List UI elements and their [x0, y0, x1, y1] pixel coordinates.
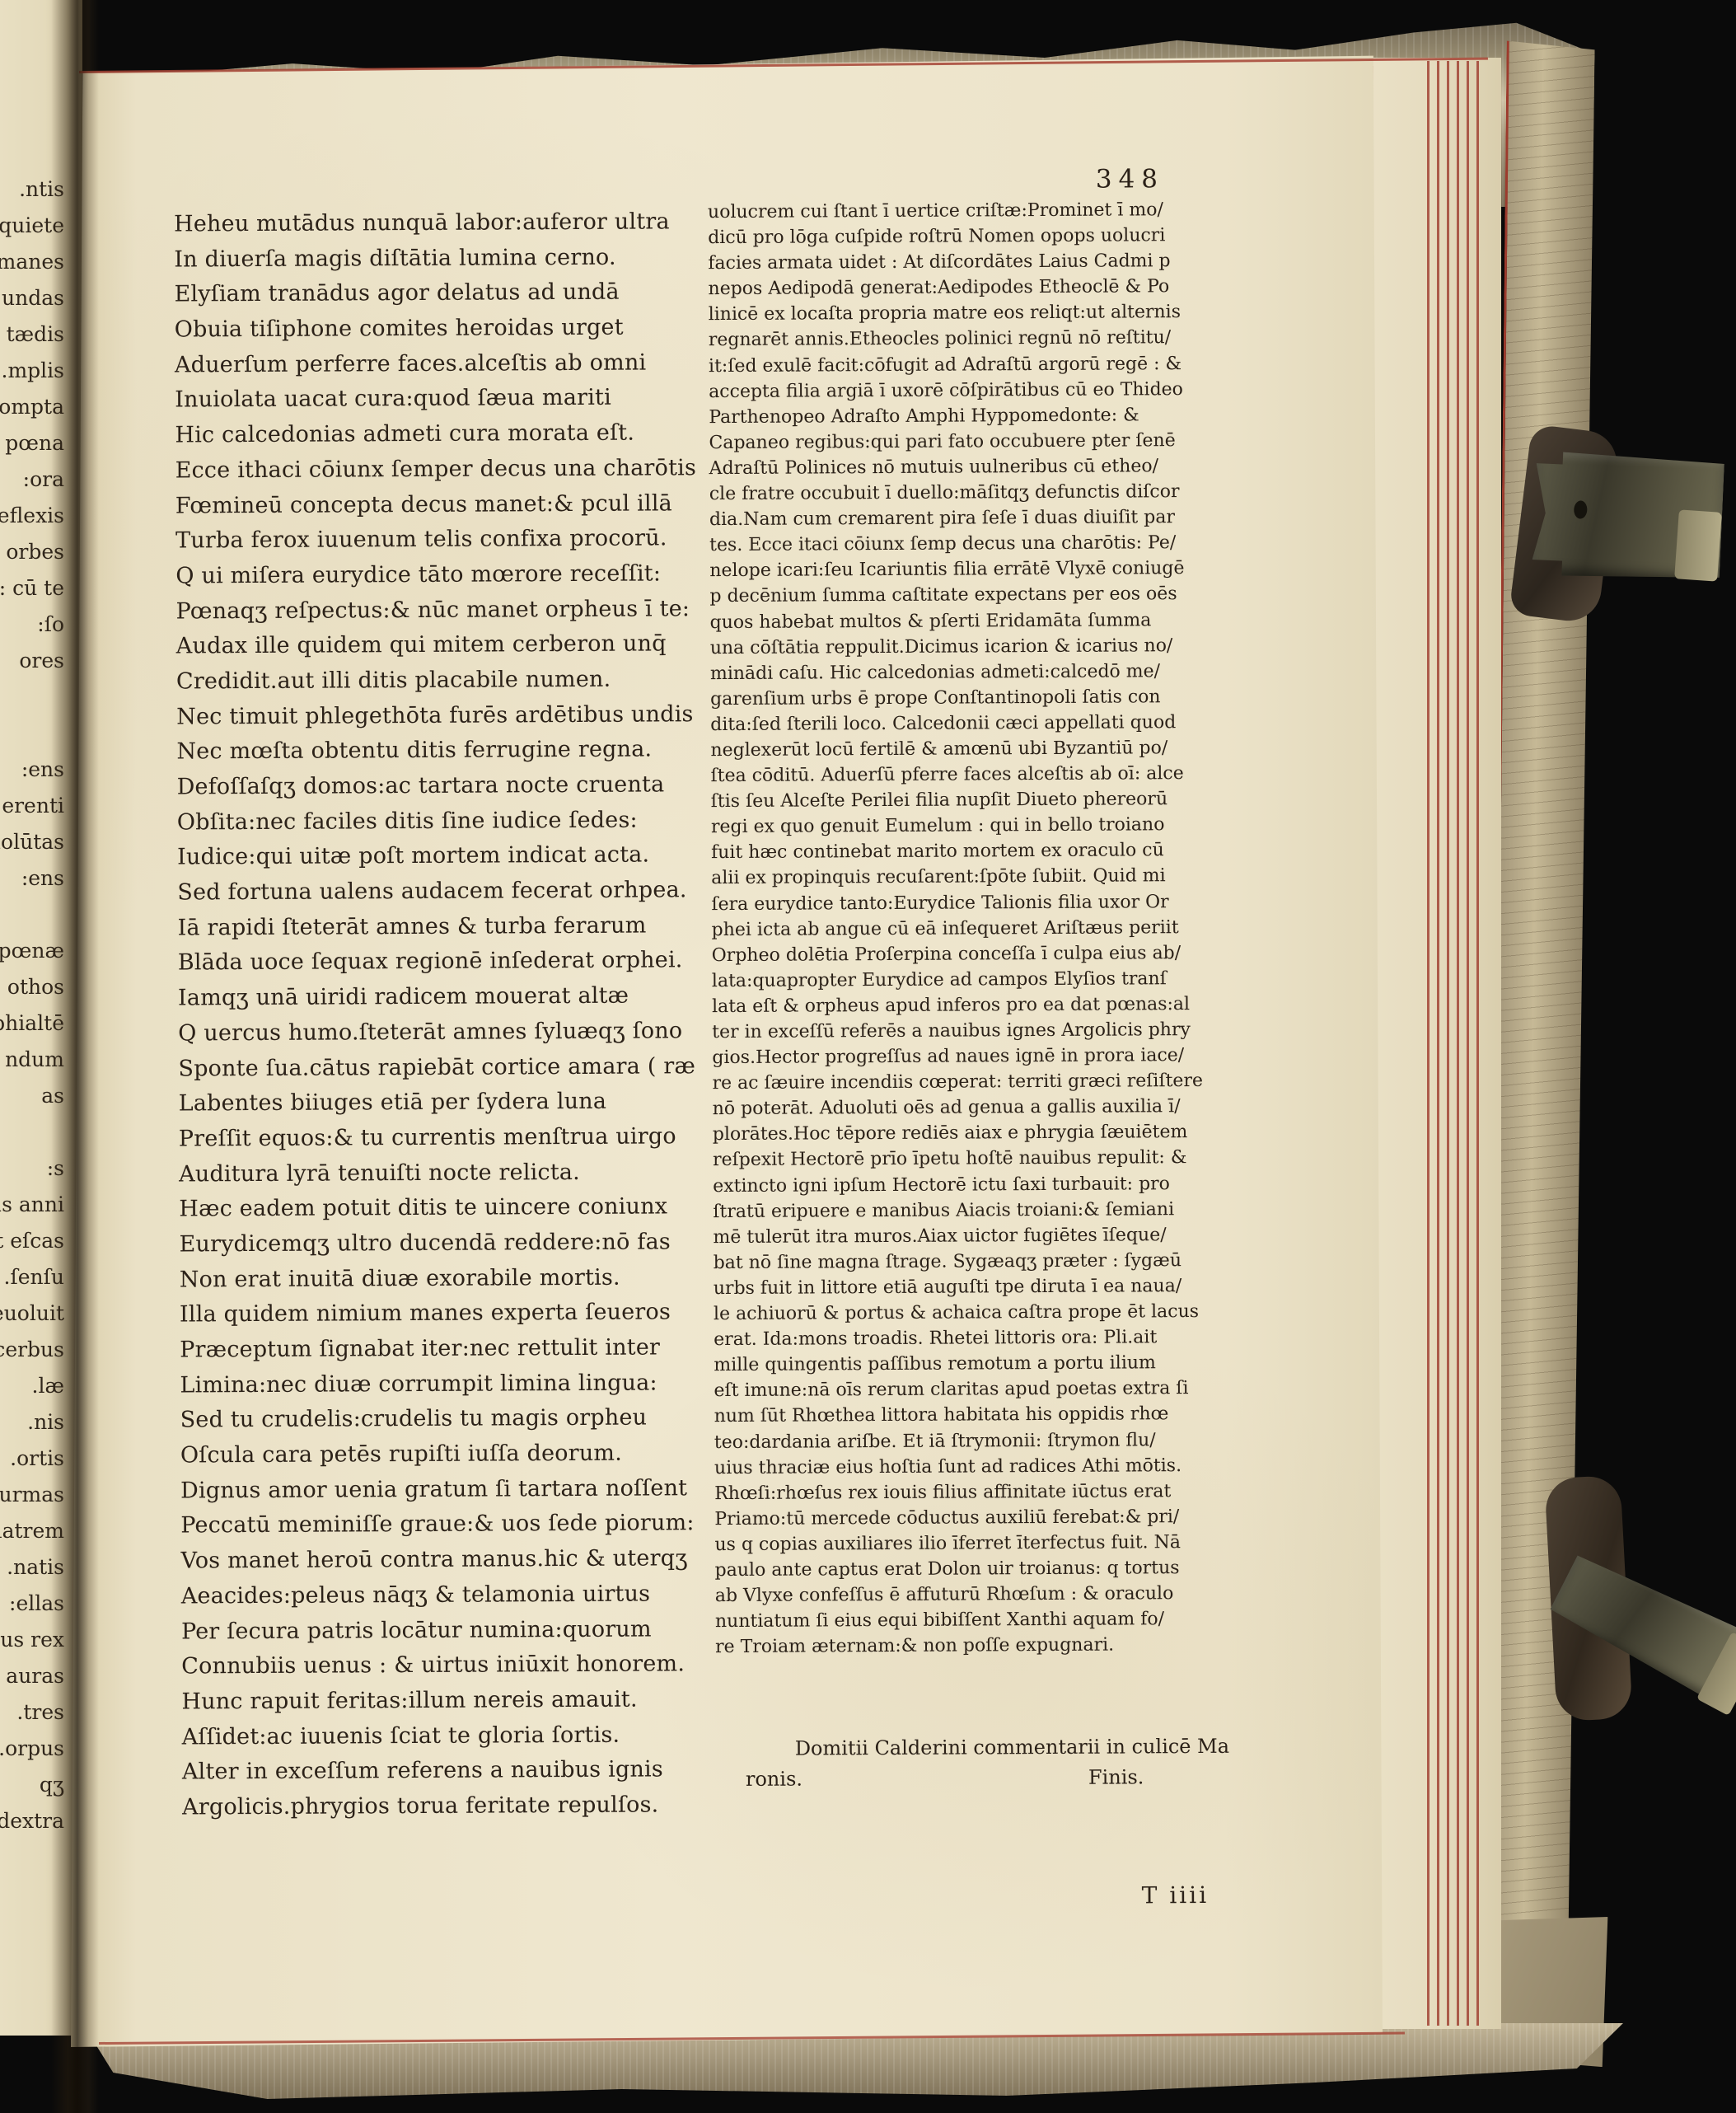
- commentary-line: teo:dardania ariſbe. Et iā ſtrymonii: ſt…: [714, 1427, 1308, 1455]
- commentary-line: tes. Ecce itaci cōiunx ſemp decus una ch…: [709, 530, 1303, 559]
- verse-line: Defoſſaſqʒ domos:ac tartara nocte cruent…: [177, 767, 754, 805]
- commentary-line: plorātes.Hoc tēpore rediēs aiax e phrygi…: [713, 1119, 1306, 1148]
- commentary-column: uolucrem cui ſtant ī uertice criſtæ:Prom…: [708, 196, 1308, 1660]
- commentary-line: gios.Hector progreſſus ad naues ignē in …: [712, 1042, 1305, 1071]
- commentary-line: linicē ex locaſta propria matre eos reli…: [709, 299, 1302, 328]
- commentary-line: erat. Ida:mons troadis. Rhetei littoris …: [714, 1324, 1307, 1352]
- commentary-line: bat nō ſine magna ſtrage. Sygæaqʒ præter…: [714, 1247, 1307, 1276]
- commentary-line: dita:ſed ſterili loco. Calcedonii cæci a…: [710, 709, 1303, 738]
- verse-line: Vos manet heroū contra manus.hic & uterq…: [180, 1541, 757, 1579]
- commentary-line: lata:quapropter Eurydice ad campos Elyſi…: [712, 965, 1305, 994]
- commentary-line: ſtea cōditū. Aduerſū pferre faces alceſt…: [711, 760, 1304, 789]
- clasp-upper-tip: [1674, 509, 1722, 581]
- verse-line: Sponte ſua.cātus rapiebāt cortice amara …: [178, 1048, 755, 1086]
- commentary-line: mille quingentis paſſibus remotum a port…: [714, 1350, 1307, 1379]
- commentary-line: Capaneo regibus:qui pari fato occubuere …: [709, 427, 1302, 456]
- commentary-line: regi ex quo genuit Eumelum : qui in bell…: [711, 812, 1304, 841]
- commentary-line: Rhœſi:rhœſus rex iouis filius affinitate…: [714, 1478, 1308, 1506]
- verse-line: Labentes biiuges etiā per ſydera luna: [179, 1084, 756, 1122]
- verse-line: Aſſidet:ac iuuenis ſciat te gloria ſorti…: [182, 1717, 759, 1755]
- book-page: 348 Heheu mutādus nunquā labor:auferor u…: [71, 53, 1383, 2047]
- commentary-line: neglexerūt locū fertilē & amœnū ubi Byza…: [710, 734, 1303, 763]
- verse-line: Obuia tiſiphone comites heroidas urget: [175, 310, 751, 348]
- commentary-line: nuntiatum ſi eius equi bibiſſent Xanthi …: [715, 1605, 1308, 1634]
- verse-line: Nec timuit phlegethōta furēs ardētibus u…: [176, 696, 753, 734]
- verse-line: Q ui miſera eurydice tāto mœrore receſſi…: [175, 556, 752, 594]
- commentary-line: dia.Nam cum cremarent pira ſeſe ī duas d…: [709, 504, 1303, 532]
- commentary-line: extincto igni ipſum Hectorē ictu ſaxi tu…: [713, 1170, 1306, 1199]
- verse-line: Præceptum ſignabat iter:nec rettulit int…: [180, 1330, 756, 1368]
- commentary-line: phei icta ab angue cū eā inſequeret Ariſ…: [711, 914, 1304, 943]
- verse-line: Per ſecura patris locātur numina:quorum: [181, 1611, 758, 1649]
- commentary-line: le achiuorū & portus & achaica caſtra pr…: [714, 1298, 1307, 1327]
- commentary-line: us q copias auxiliares ilio īferret īter…: [714, 1529, 1308, 1558]
- commentary-line: nelope icari:ſeu Icariuntis filia errātē…: [709, 555, 1303, 584]
- binding-fore-edge-cover: [1486, 41, 1594, 2045]
- colophon: Domitii Calderini commentarii in culicē …: [716, 1731, 1309, 1795]
- verse-line: Auditura lyrā tenuiſti nocte relicta.: [179, 1154, 756, 1192]
- commentary-line: dicū pro lōga cuſpide roſtrū Nomen opops…: [708, 222, 1301, 251]
- verse-line: Peccatū meminiſſe graue:& uos ſede pioru…: [180, 1506, 757, 1544]
- commentary-line: facies armata uidet : At diſcordātes Lai…: [708, 248, 1301, 277]
- verse-line: Obſita:nec faciles ditis ſine iudice ſed…: [177, 803, 754, 841]
- commentary-line: alii ex propinquis recuſarent:ſpōte ſubi…: [711, 863, 1304, 892]
- verse-line: Limina:nec diuæ corrumpit limina lingua:: [180, 1366, 756, 1403]
- commentary-line: ſtratū eripuere e manibus Aiacis troiani…: [713, 1196, 1306, 1225]
- verse-line: Illa quidem nimium manes experta ſeueros: [180, 1295, 756, 1333]
- verse-line: Pœnaqʒ reſpectus:& nūc manet orpheus ī t…: [175, 591, 752, 629]
- commentary-line: Adraſtū Polinices nō mutuis uulneribus c…: [709, 452, 1303, 481]
- commentary-line: mē tulerūt itra muros.Aiax uictor fugiēt…: [713, 1221, 1306, 1250]
- verse-line: Iamqʒ unā uiridi radicem mouerat altæ: [178, 978, 755, 1016]
- commentary-line: uius thraciæ eius hoſtia ſunt ad radices…: [714, 1452, 1308, 1481]
- commentary-line: ter in exceſſū referēs a nauibus ignes A…: [712, 1016, 1305, 1045]
- commentary-line: accepta filia argiā ī uxorē cōſpirātibus…: [709, 376, 1302, 405]
- commentary-line: it:ſed exulē facit:cōfugit ad Adraſtū ar…: [709, 350, 1302, 379]
- verse-line: Fœmineū concepta decus manet:& pcul illā: [175, 485, 752, 523]
- commentary-line: eſt imune:nā oīs rerum claritas apud poe…: [714, 1375, 1307, 1404]
- verse-line: Aduerſum perferre faces.alceſtis ab omni: [175, 345, 751, 383]
- verse-line: Heheu mutādus nunquā labor:auferor ultra: [174, 204, 751, 242]
- commentary-line: reſpexit Hectorē prīo īpetu hoſtē nauibu…: [713, 1145, 1306, 1174]
- colophon-ronis: ronis.: [746, 1764, 802, 1795]
- commentary-line: fuit hæc continebat marito mortem ex ora…: [711, 837, 1304, 866]
- book-photo: ntis.a quietemaneser undas.ātia tædismpl…: [0, 0, 1736, 2113]
- commentary-line: urbs fuit in littore etiā auguſti tpe di…: [714, 1272, 1307, 1301]
- verse-line: Connubiis uenus : & uirtus iniūxit honor…: [181, 1647, 758, 1684]
- verse-line: Q uercus humo.ſteterāt amnes ſyluæqʒ ſon…: [178, 1014, 755, 1052]
- commentary-line: num ſūt Rhœthea littora habitata his opp…: [714, 1401, 1308, 1430]
- verse-line: Nec mœſta obtentu ditis ferrugine regna.: [176, 732, 753, 770]
- verse-line: Iudice:qui uitæ poſt mortem indicat acta…: [177, 837, 754, 875]
- verse-line: Dignus amor uenia gratum ſi tartara noſſ…: [180, 1471, 757, 1509]
- verse-line: Eurydicemqʒ ultro ducendā reddere:nō fas: [179, 1225, 756, 1263]
- verse-line: Preſſit equos:& tu currentis menſtrua ui…: [179, 1119, 756, 1157]
- verse-line: Iā rapidi ſteterāt amnes & turba ferarum: [177, 908, 754, 946]
- commentary-line: re Troiam æternam:& non poſſe expugnari.: [715, 1632, 1308, 1661]
- signature-mark: T iiii: [1142, 1881, 1210, 1909]
- commentary-line: lata eſt & orpheus apud inferos pro ea d…: [712, 991, 1305, 1019]
- commentary-line: cle fratre occubuit ī duello:māſitqʒ def…: [709, 478, 1303, 507]
- commentary-line: ſtis ſeu Alceſte Perilei filia nupſit Di…: [711, 785, 1304, 814]
- commentary-line: minādi caſu. Hic calcedonias admeti:calc…: [710, 658, 1303, 686]
- colophon-line: Domitii Calderini commentarii in culicē …: [795, 1731, 1309, 1764]
- folio-number: 348: [1096, 164, 1164, 194]
- commentary-line: ſera eurydice tanto:Eurydice Talionis fi…: [711, 888, 1304, 917]
- commentary-line: ab Vlyxe confeſſus ē affuturū Rhœſum : &…: [715, 1580, 1308, 1609]
- verse-line: Argolicis.phrygios torua feritate repulſ…: [182, 1787, 759, 1825]
- colophon-line: ronis. Finis.: [716, 1761, 1309, 1795]
- verse-line: Turba ferox iuuenum telis confixa procor…: [175, 521, 752, 559]
- verse-line: Sed tu crudelis:crudelis tu magis orpheu: [180, 1400, 757, 1438]
- verse-line: Oſcula cara petēs rupiſti iuſſa deorum.: [180, 1436, 757, 1473]
- gutter-shadow: [51, 0, 99, 2113]
- verse-line: Hunc rapuit feritas:illum nereis amauit.: [181, 1682, 758, 1720]
- colophon-finis: Finis.: [1088, 1762, 1144, 1792]
- verse-line: Audax ille quidem qui mitem cerberon unq…: [176, 626, 753, 664]
- verse-line: Non erat inuitā diuæ exorabile mortis.: [180, 1259, 756, 1297]
- commentary-line: nepos Aedipodā generat:Aedipodes Etheocl…: [708, 274, 1301, 302]
- commentary-line: p decēnium ſumma caſtitate expectans per…: [709, 581, 1303, 610]
- commentary-line: nō poterāt. Aduoluti oēs ad genua a gall…: [713, 1094, 1306, 1122]
- verse-line: Inuiolata uacat cura:quod ſæua mariti: [175, 380, 751, 418]
- verse-line: Hic calcedonias admeti cura morata eſt.: [175, 415, 751, 453]
- verse-line: Hæc eadem potuit ditis te uincere coniun…: [179, 1189, 756, 1227]
- commentary-line: una cōſtātia reppulit.Dicimus icarion & …: [710, 632, 1303, 661]
- commentary-line: quos habebat multos & pſerti Eridamāta ſ…: [710, 607, 1303, 635]
- commentary-line: Orpheo dolētia Proſerpina conceſſa ī cul…: [712, 939, 1305, 968]
- verse-line: Alter in exceſſum referens a nauibus ign…: [182, 1752, 759, 1790]
- commentary-line: re ac ſæuire incendiis cœperat: territi …: [712, 1068, 1305, 1097]
- fore-edge-red-lines: [1427, 61, 1481, 2026]
- verse-line: Credidit.aut illi ditis placabile numen.: [176, 662, 753, 700]
- verse-line: Aeacides:peleus nāqʒ & telamonia uirtus: [181, 1577, 758, 1614]
- verse-line: Elyſiam tranādus agor delatus ad undā: [174, 274, 751, 312]
- verse-line: Blāda uoce ſequax regionē inſederat orph…: [178, 943, 755, 981]
- commentary-line: garenſium urbs ē prope Conſtantinopoli ſ…: [710, 683, 1303, 712]
- verse-column: Heheu mutādus nunquā labor:auferor ultra…: [174, 204, 759, 1825]
- commentary-line: regnarēt annis.Etheocles polinici regnū …: [709, 325, 1302, 354]
- page-content: 348 Heheu mutādus nunquā labor:auferor u…: [71, 49, 1393, 2050]
- verse-line: Ecce ithaci cōiunx ſemper decus una char…: [175, 451, 752, 489]
- verse-line: In diuerſa magis diſtātia lumina cerno.: [174, 240, 751, 278]
- verse-line: Sed fortuna ualens audacem fecerat orhpe…: [177, 873, 754, 911]
- commentary-line: uolucrem cui ſtant ī uertice criſtæ:Prom…: [708, 196, 1301, 225]
- commentary-line: paulo ante captus erat Dolon uir troianu…: [715, 1554, 1308, 1583]
- commentary-line: Parthenopeo Adraſto Amphi Hyppomedonte: …: [709, 401, 1302, 430]
- commentary-line: Priamo:tū mercede cōductus auxiliū fereb…: [714, 1503, 1308, 1532]
